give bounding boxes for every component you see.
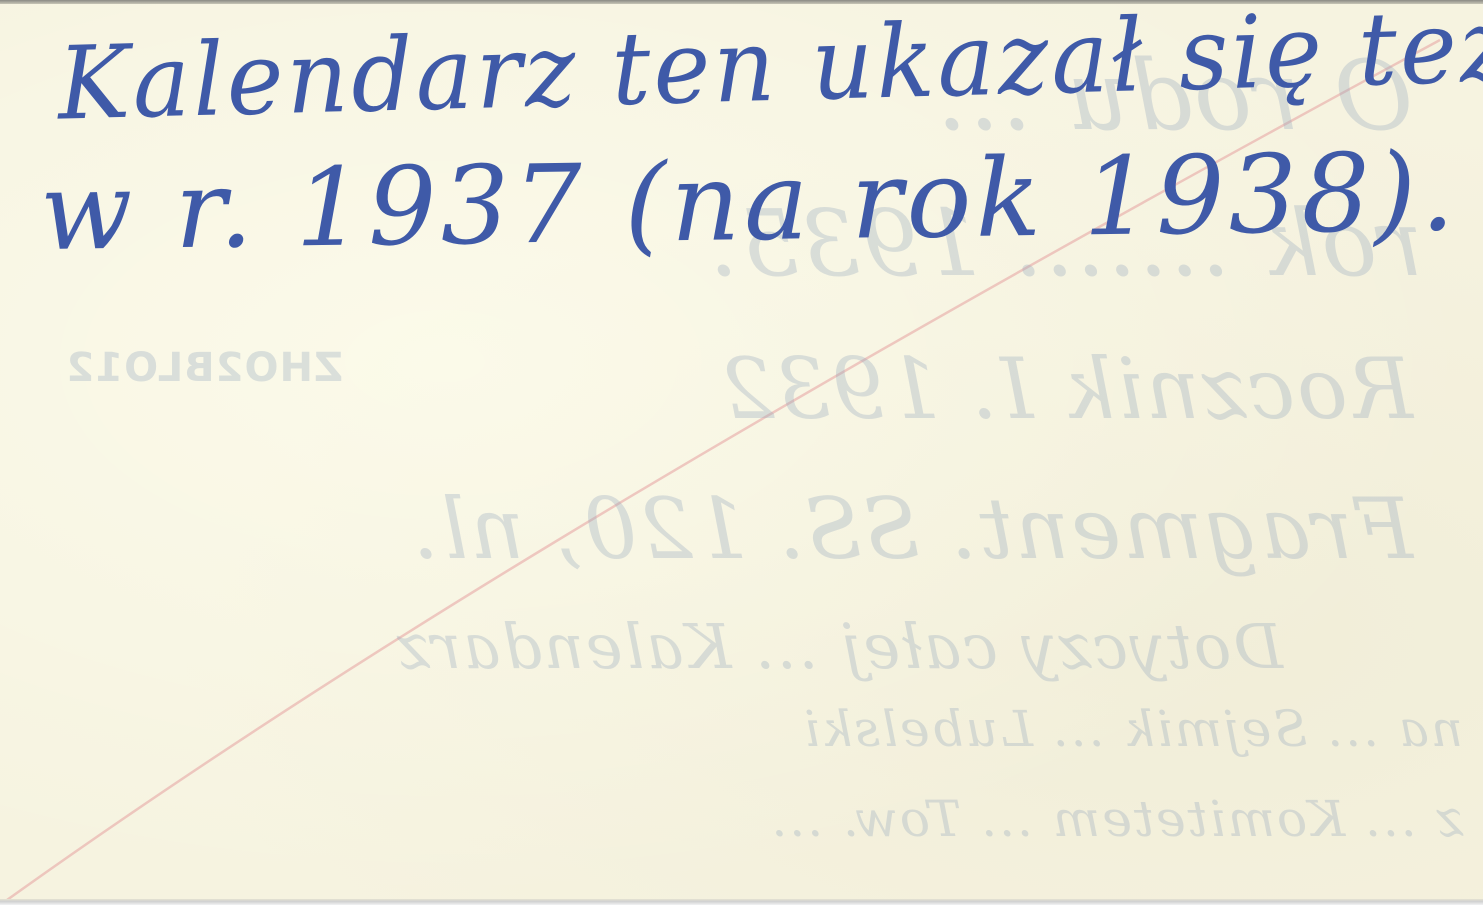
bleed-line: Dotyczy całej ... Kalendarz [395, 610, 1283, 683]
bleed-line: Rocznik I. 1932 [719, 340, 1413, 438]
catalog-card: O rodu ... rok ....... 1935. Rocznik I. … [0, 0, 1483, 905]
bleed-call-number: ZHO2BLO12 [65, 345, 343, 391]
bleed-line: z ... Komitetem ... Tow. ... [770, 790, 1463, 848]
bleed-line: Fragment. SS. 120, nl. [411, 480, 1413, 578]
bleed-line: na ... Sejmik ... Lubelski [802, 700, 1463, 758]
card-bottom-edge [0, 899, 1483, 905]
handwritten-note-line-2: w r. 1937 (na rok 1938). [39, 130, 1459, 275]
handwritten-note-line-1: Kalendarz ten ukazał się też [56, 0, 1483, 143]
